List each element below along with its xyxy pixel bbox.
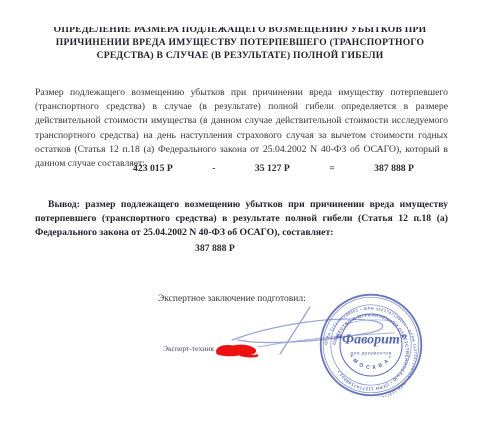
title-clip-region: ОПРЕДЕЛЕНИЕ РАЗМЕРА ПОДЛЕЖАЩЕГО ВОЗМЕЩЕН… <box>2 27 478 36</box>
calculation-result: 387 888 Р <box>374 163 414 174</box>
intro-paragraph: Размер подлежащего возмещению убытков пр… <box>35 86 448 171</box>
stamp-company-name: “Фаворит” <box>335 333 407 348</box>
minus-operator: - <box>212 163 215 174</box>
conclusion-amount: 387 888 Р <box>195 243 235 254</box>
stamp-purpose-text: для документов <box>350 352 391 357</box>
company-stamp: ОГРН 1127747148001 • ФРН 1127747148001 •… <box>319 293 423 397</box>
document-page: ОПРЕДЕЛЕНИЕ РАЗМЕРА ПОДЛЕЖАЩЕГО ВОЗМЕЩЕН… <box>0 0 480 444</box>
redaction-mark <box>213 342 259 358</box>
equals-operator: = <box>329 163 335 174</box>
document-title: ОПРЕДЕЛЕНИЕ РАЗМЕРА ПОДЛЕЖАЩЕГО ВОЗМЕЩЕН… <box>2 27 478 62</box>
stamp-city-text: • М О С К В А • <box>348 354 394 371</box>
calculation-row: 423 015 Р - 35 127 Р = 387 888 Р <box>133 163 414 174</box>
vehicle-value: 423 015 Р <box>133 163 173 174</box>
title-line-3: СРЕДСТВА) В СЛУЧАЕ (В РЕЗУЛЬТАТЕ) ПОЛНОЙ… <box>2 49 478 62</box>
expert-technician-label: Эксперт-техник <box>163 344 214 353</box>
title-line-2: ПРИЧИНЕНИИ ВРЕДА ИМУЩЕСТВУ ПОТЕРПЕВШЕГО … <box>2 36 478 49</box>
svg-text:• М О С К В А •: • М О С К В А • <box>348 354 394 371</box>
conclusion-paragraph: Вывод: размер подлежащего возмещению убы… <box>35 198 448 241</box>
salvage-value: 35 127 Р <box>255 163 290 174</box>
title-line-1: ОПРЕДЕЛЕНИЕ РАЗМЕРА ПОДЛЕЖАЩЕГО ВОЗМЕЩЕН… <box>2 27 478 36</box>
